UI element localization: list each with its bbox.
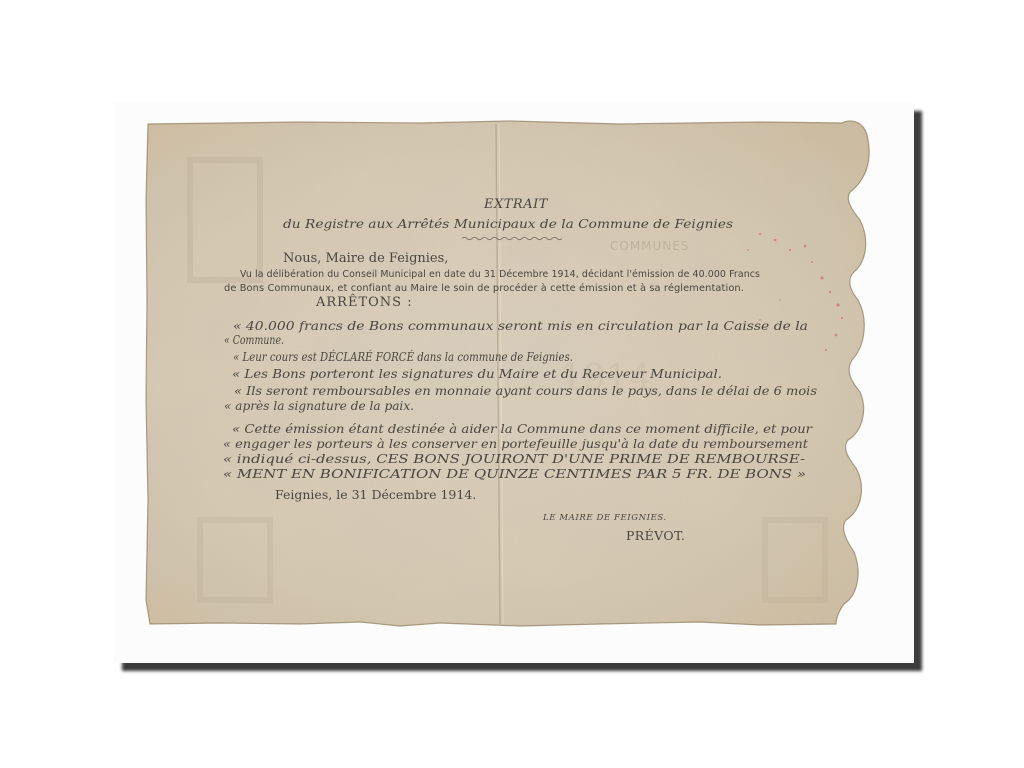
document-heading: EXTRAIT — [484, 198, 548, 211]
preamble-considering-line2: de Bons Communaux, et confiant au Maire … — [224, 284, 744, 294]
decree-label: ARRÊTONS : — [316, 296, 413, 309]
article-line: « Leur cours est DÉCLARÉ FORCÉ dans la c… — [233, 351, 573, 363]
signatory-name: PRÉVOT. — [626, 530, 685, 543]
article-line: « MENT EN BONIFICATION DE QUINZE CENTIME… — [223, 468, 806, 480]
article-line: « 40.000 francs de Bons communaux seront… — [233, 320, 808, 332]
wavy-divider — [462, 236, 562, 241]
article-line: « après la signature de la paix. — [224, 400, 414, 412]
article-line: « indiqué ci-dessus, CES BONS JOUIRONT D… — [223, 453, 805, 465]
article-line: « Cette émission étant destinée à aider … — [232, 423, 812, 435]
article-line: « Ils seront remboursables en monnaie ay… — [234, 385, 817, 397]
article-line: « Commune. — [224, 334, 284, 346]
document-subheading: du Registre aux Arrêtés Municipaux de la… — [283, 218, 733, 231]
article-line: « Les Bons porteront les signatures du M… — [232, 368, 722, 380]
banknote-text: EXTRAIT du Registre aux Arrêtés Municipa… — [0, 0, 1024, 768]
signatory-title: LE MAIRE DE FEIGNIES. — [543, 514, 667, 523]
article-line: « engager les porteurs à les conserver e… — [223, 438, 808, 450]
place-date: Feignies, le 31 Décembre 1914. — [275, 489, 476, 502]
preamble-considering-line1: Vu la délibération du Conseil Municipal … — [240, 270, 760, 280]
preamble-opening: Nous, Maire de Feignies, — [283, 252, 448, 265]
